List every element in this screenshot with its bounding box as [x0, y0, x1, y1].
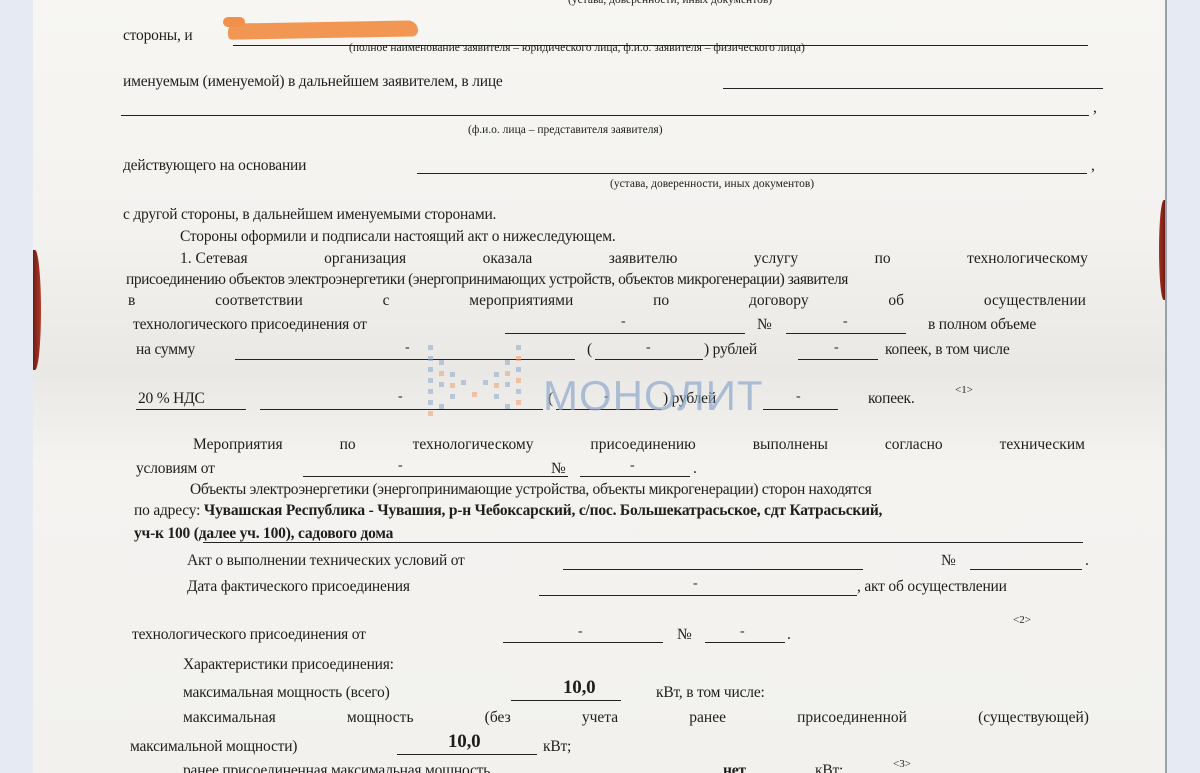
page-edge — [1165, 0, 1167, 773]
characteristics-heading: Характеристики присоединения: — [183, 656, 394, 674]
para1-line3: всоответствиисмероприятиямиподоговоруобо… — [128, 292, 1086, 310]
max-power-value: 10,0 — [563, 677, 595, 699]
footnote-ref-2: <2> — [1013, 614, 1031, 626]
para1-line2: присоединению объектов электроэнергетики… — [126, 271, 848, 289]
address-line: по адресу: Чувашская Республика - Чуваши… — [134, 502, 882, 520]
binder-clip-left — [33, 250, 41, 370]
footnote-ref-3: <3> — [893, 758, 911, 770]
scanned-document-page: (устава, доверенности, иных документов) … — [33, 0, 1165, 773]
connection-date-label: Дата фактического присоединения — [187, 578, 410, 596]
measures-line1: Мероприятияпотехнологическомуприсоединен… — [193, 436, 1085, 454]
objects-text: Объекты электроэнергетики (энергопринима… — [190, 481, 871, 499]
representative-line-2 — [121, 115, 1089, 116]
footnote-ref-1: <1> — [955, 384, 973, 396]
contract-date-label: технологического присоединения от — [133, 316, 367, 334]
caption-representative: (ф.и.о. лица – представителя заявителя) — [468, 124, 663, 136]
contract-number-blank — [786, 333, 906, 334]
representative-line-1 — [723, 88, 1103, 89]
monolit-logo-icon — [423, 340, 543, 430]
tech-conditions-label: условиям от — [136, 460, 215, 478]
contract-date-blank — [505, 333, 745, 334]
named-label: именуемым (именуемой) в дальнейшем заяви… — [123, 73, 503, 91]
max-power2-line1: максимальнаямощность(безучетаранееприсое… — [183, 709, 1089, 727]
tech-connection-label: технологического присоединения от — [132, 626, 366, 644]
other-side-text: с другой стороны, в дальнейшем именуемым… — [123, 206, 496, 224]
redaction-mark — [228, 20, 418, 39]
caption-basis: (устава, доверенности, иных документов) — [610, 178, 814, 190]
max-power2-value: 10,0 — [448, 731, 480, 753]
prev-power-value: нет — [723, 762, 746, 773]
prev-power-label: ранее присоединенная максимальная мощнос… — [183, 762, 490, 773]
acting-label: действующего на основании — [123, 157, 306, 175]
max-power2-label: максимальной мощности) — [130, 738, 297, 756]
address-value: Чувашская Республика - Чувашия, р-н Чебо… — [204, 502, 882, 519]
signed-text: Стороны оформили и подписали настоящий а… — [180, 228, 616, 246]
basis-line — [417, 173, 1087, 174]
watermark-text: МОНОЛИТ — [543, 372, 764, 420]
para1-line1: 1. Сетеваяорганизацияоказалазаявителюусл… — [180, 250, 1088, 268]
caption-top: (устава, доверенности, иных документов) — [568, 0, 772, 6]
vat-label: 20 % НДС — [138, 390, 205, 408]
max-power-label: максимальная мощность (всего) — [183, 684, 390, 702]
parties-label: стороны, и — [123, 27, 192, 45]
caption-applicant: (полное наименование заявителя – юридиче… — [349, 42, 805, 54]
act-label: Акт о выполнении технических условий от — [187, 552, 465, 570]
address-line2: уч-к 100 (далее уч. 100), садового дома — [134, 525, 393, 543]
amount-label: на сумму — [136, 341, 195, 359]
